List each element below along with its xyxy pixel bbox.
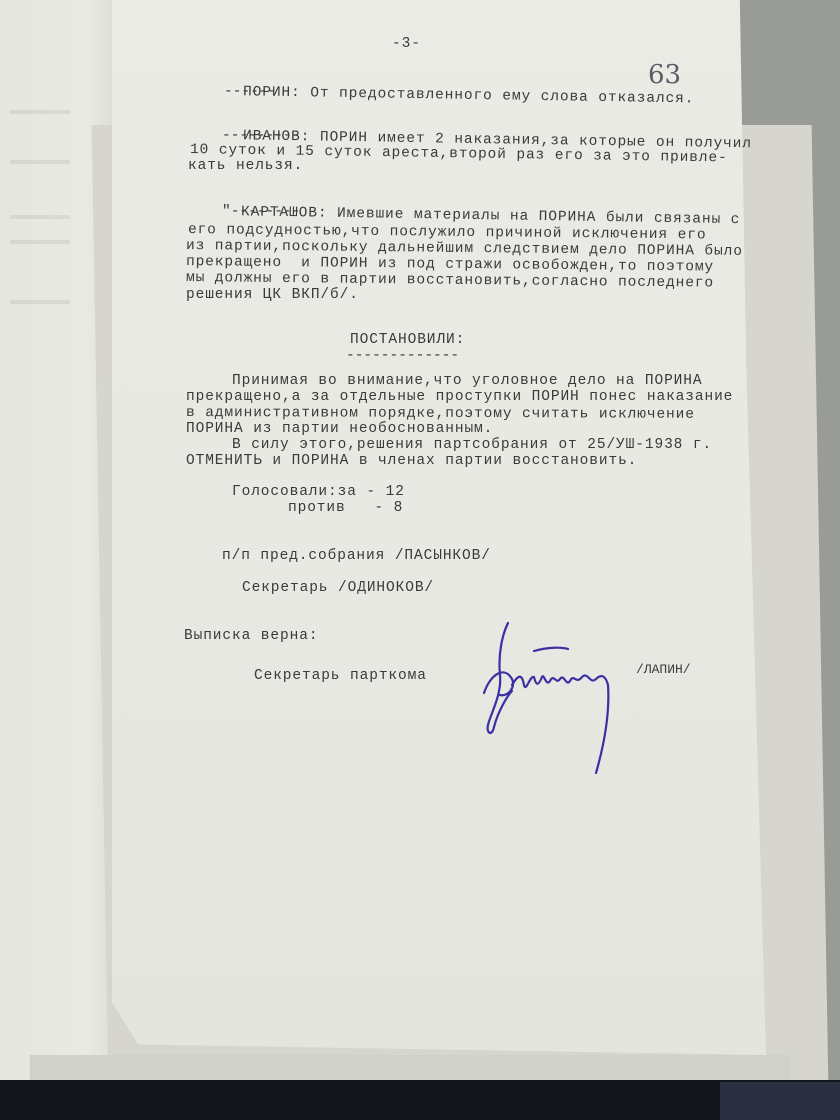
vote-against-count: 8 bbox=[394, 500, 404, 516]
resolution-text: ПОРИНА из партии необоснованным. bbox=[186, 421, 493, 437]
extract-certified-note: Выписка верна: bbox=[184, 628, 318, 644]
party-secretary-name: /ЛАПИН/ bbox=[636, 662, 691, 678]
bleed-through-text bbox=[10, 300, 70, 304]
bleed-through-text bbox=[10, 110, 70, 114]
statement-text: кать нельзя. bbox=[188, 158, 303, 174]
resolution-text: прекращено,а за отдельные проступки ПОРИ… bbox=[186, 389, 733, 405]
vote-for: Голосовали:за - 12 bbox=[232, 484, 405, 500]
page-marker: -3- bbox=[392, 36, 421, 52]
bleed-through-text bbox=[10, 160, 70, 164]
resolution-heading-underline: ------------- bbox=[346, 348, 459, 364]
resolution-heading: ПОСТАНОВИЛИ: bbox=[350, 332, 465, 348]
speaker-underline: --------- bbox=[222, 128, 300, 144]
bleed-through-text bbox=[10, 240, 70, 244]
vote-label: Голосовали: bbox=[232, 484, 338, 500]
vote-for-count: 12 bbox=[386, 484, 405, 500]
vote-for-label: за bbox=[338, 484, 357, 500]
speaker-underline: "-------- bbox=[222, 204, 300, 220]
folder-cover bbox=[720, 1082, 840, 1120]
resolution-text: Принимая во внимание,что уголовное дело … bbox=[232, 373, 702, 389]
resolution-text: ОТМЕНИТЬ и ПОРИНА в членах партии восста… bbox=[186, 453, 637, 469]
statement-text: решения ЦК ВКП/б/. bbox=[186, 287, 359, 303]
table-surface bbox=[0, 1080, 840, 1120]
handwritten-signature bbox=[478, 615, 638, 780]
speaker-underline: ------ bbox=[224, 84, 276, 100]
vote-against: против - 8 bbox=[288, 500, 403, 516]
bleed-through-text bbox=[10, 215, 70, 219]
resolution-text: В силу этого,решения партсобрания от 25/… bbox=[232, 437, 712, 453]
party-secretary-label: Секретарь парткома bbox=[254, 668, 427, 684]
vote-against-label: против bbox=[288, 500, 346, 516]
chair-signature-line: п/п пред.собрания /ПАСЫНКОВ/ bbox=[222, 548, 491, 564]
secretary-signature-line: Секретарь /ОДИНОКОВ/ bbox=[242, 580, 434, 596]
